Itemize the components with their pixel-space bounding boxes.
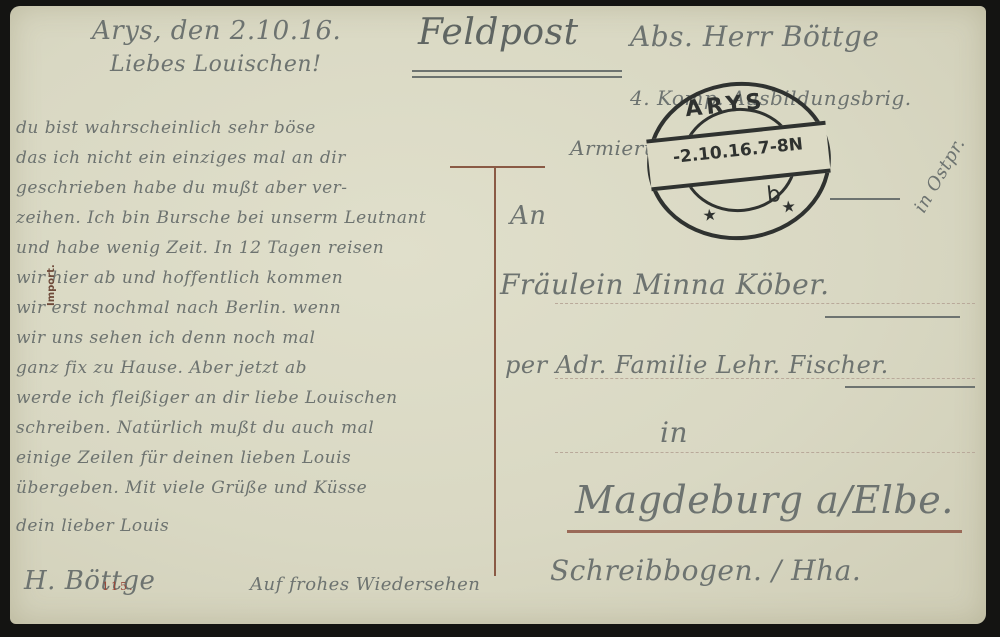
signature: H. Böttge xyxy=(24,566,155,596)
sender-underline xyxy=(830,198,900,200)
message-line: wir erst nochmal nach Berlin. wenn xyxy=(16,298,341,318)
message-line: wir hier ab und hoffentlich kommen xyxy=(16,268,343,288)
address-line-2 xyxy=(555,378,975,379)
message-line: geschrieben habe du mußt aber ver- xyxy=(16,178,348,198)
message-line: übergeben. Mit viele Grüße und Küsse xyxy=(16,478,367,498)
feldpost-label: Feldpost xyxy=(418,12,579,53)
divider-vertical xyxy=(494,166,496,576)
salutation: Liebes Louischen! xyxy=(110,52,321,77)
message-line: wir uns sehen ich denn noch mal xyxy=(16,328,316,348)
postmark-letter: b xyxy=(765,182,782,208)
address-prefix: An xyxy=(510,201,547,231)
sender-line: Abs. Herr Böttge xyxy=(630,20,879,53)
careof-underline xyxy=(845,386,975,388)
message-line: das ich nicht ein einziges mal an dir xyxy=(16,148,346,168)
address-city: Magdeburg a/Elbe. xyxy=(575,478,954,522)
message-line: und habe wenig Zeit. In 12 Tagen reisen xyxy=(16,238,384,258)
address-city-redline xyxy=(567,530,962,533)
recipient-underline xyxy=(825,316,960,318)
feldpost-underline xyxy=(412,70,622,72)
address-in: in xyxy=(660,416,688,449)
message-line: ganz fix zu Hause. Aber jetzt ab xyxy=(16,358,307,378)
sender-line: in Ostpr. xyxy=(910,134,970,216)
feldpost-underline-2 xyxy=(412,76,622,78)
message-line: dein lieber Louis xyxy=(16,516,169,536)
postcard: Arys, den 2.10.16. Liebes Louischen! du … xyxy=(10,6,986,624)
message-line: einige Zeilen für deinen lieben Louis xyxy=(16,448,351,468)
catalog-number: 115. xyxy=(102,580,135,593)
place-date: Arys, den 2.10.16. xyxy=(92,16,341,46)
address-line-1 xyxy=(555,303,975,304)
message-line: werde ich fleißiger an dir liebe Louisch… xyxy=(16,388,398,408)
address-care-of: per Adr. Familie Lehr. Fischer. xyxy=(505,351,889,379)
message-line: zeihen. Ich bin Bursche bei unserm Leutn… xyxy=(16,208,426,228)
postmark-date: -2.10.16.7-8N xyxy=(647,132,828,171)
divider-top xyxy=(450,166,545,168)
address-street: Schreibbogen. / Hha. xyxy=(550,554,861,587)
message-line: du bist wahrscheinlich sehr böse xyxy=(16,118,316,138)
closing-line: Auf frohes Wiedersehen xyxy=(250,574,480,595)
postmark-date-band: -2.10.16.7-8N xyxy=(646,121,830,192)
import-print-mark: Import. xyxy=(46,264,57,306)
message-line: schreiben. Natürlich mußt du auch mal xyxy=(16,418,374,438)
address-recipient: Fräulein Minna Köber. xyxy=(500,268,829,301)
address-line-3 xyxy=(555,452,975,453)
